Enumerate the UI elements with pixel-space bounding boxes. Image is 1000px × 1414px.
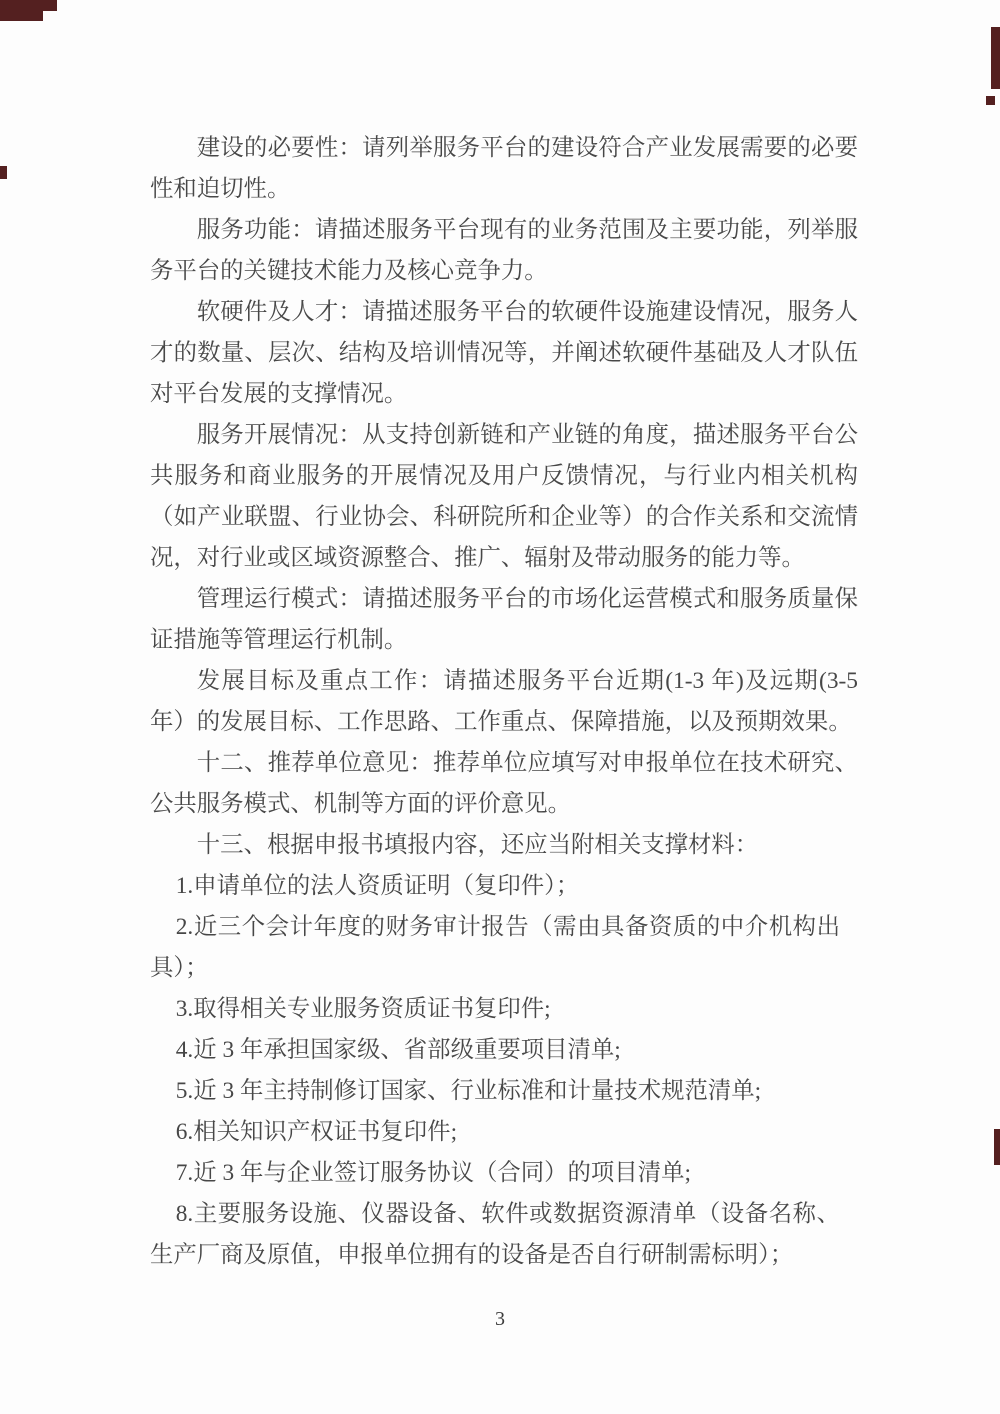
paragraph: 服务开展情况：从支持创新链和产业链的角度，描述服务平台公共服务和商业服务的开展情… (150, 415, 858, 579)
attachment-list-item: 6.相关知识产权证书复印件; (150, 1112, 858, 1153)
scan-artifact-top-left-a (0, 0, 57, 11)
attachment-list-item: 3.取得相关专业服务资质证书复印件; (150, 989, 858, 1030)
scan-artifact-right-bottom-bar (994, 1129, 1000, 1165)
scan-artifact-right-top-bar (991, 27, 1000, 89)
page-number: 3 (0, 1308, 1000, 1331)
paragraph: 服务功能：请描述服务平台现有的业务范围及主要功能，列举服务平台的关键技术能力及核… (150, 210, 858, 292)
attachment-list-item: 1.申请单位的法人资质证明（复印件）； (150, 866, 858, 907)
attachment-list-item: 5.近 3 年主持制修订国家、行业标准和计量技术规范清单; (150, 1071, 858, 1112)
attachment-list-item: 7.近 3 年与企业签订服务协议（合同）的项目清单; (150, 1153, 858, 1194)
attachment-list-item: 2.近三个会计年度的财务审计报告（需由具备资质的中介机构出具）； (150, 907, 858, 989)
paragraph: 发展目标及重点工作：请描述服务平台近期(1-3 年)及远期(3-5 年）的发展目… (150, 661, 858, 743)
attachment-list-item: 4.近 3 年承担国家级、省部级重要项目清单; (150, 1030, 858, 1071)
attachment-list-item: 8.主要服务设施、仪器设备、软件或数据资源清单（设备名称、生产厂商及原值，申报单… (150, 1194, 858, 1276)
paragraph: 管理运行模式：请描述服务平台的市场化运营模式和服务质量保证措施等管理运行机制。 (150, 579, 858, 661)
document-body: 建设的必要性：请列举服务平台的建设符合产业发展需要的必要性和迫切性。服务功能：请… (150, 128, 858, 1276)
paragraph: 软硬件及人才：请描述服务平台的软硬件设施建设情况，服务人才的数量、层次、结构及培… (150, 292, 858, 415)
document-page: 建设的必要性：请列举服务平台的建设符合产业发展需要的必要性和迫切性。服务功能：请… (0, 0, 1000, 1414)
scan-artifact-top-left-b (0, 10, 43, 21)
paragraph: 十三、根据申报书填报内容，还应当附相关支撑材料： (150, 825, 858, 866)
scan-artifact-right-top-dot (986, 96, 995, 105)
scan-artifact-left-edge (0, 166, 7, 179)
paragraph: 十二、推荐单位意见：推荐单位应填写对申报单位在技术研究、公共服务模式、机制等方面… (150, 743, 858, 825)
paragraph: 建设的必要性：请列举服务平台的建设符合产业发展需要的必要性和迫切性。 (150, 128, 858, 210)
